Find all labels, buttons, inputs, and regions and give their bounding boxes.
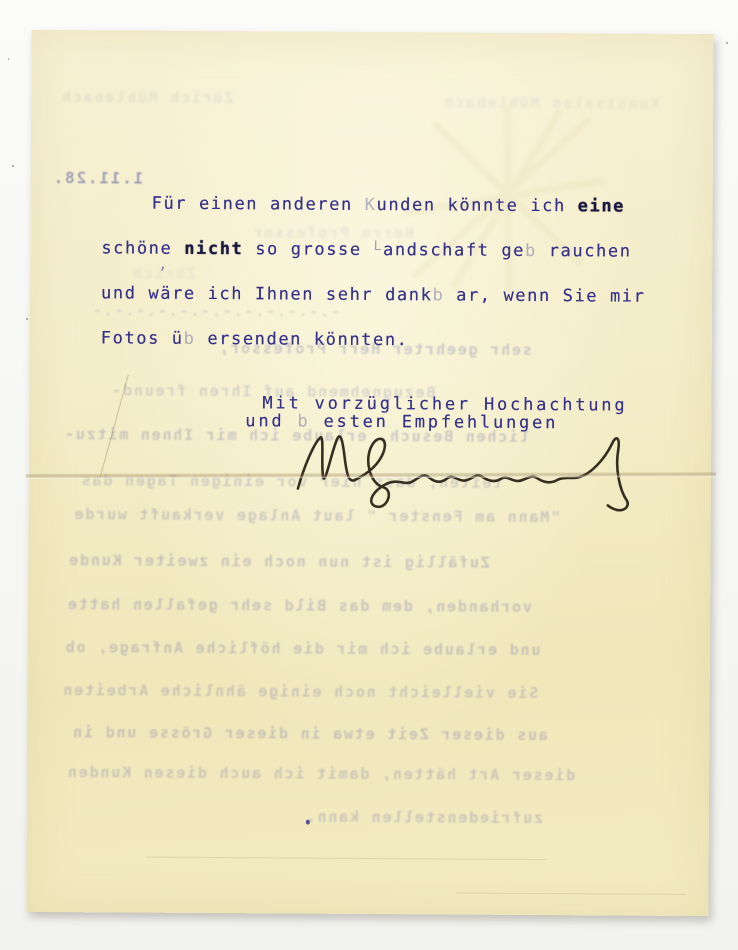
typed-line: Fotos üb ersenden könnten. <box>101 328 409 350</box>
letter-paper: Zürich MühlebachKunstsalon Mühlebach1.11… <box>26 30 713 916</box>
typed-text-segment: so grosse <box>243 239 373 260</box>
typed-text-segment: b <box>184 329 196 349</box>
typed-text-segment: Für einen anderen <box>152 194 365 215</box>
typed-text-segment: ar, wenn Sie mir <box>444 285 645 306</box>
bleed-through-line: 1.11.28. <box>52 168 144 188</box>
typed-text-segment: b <box>432 285 444 305</box>
stray-mark: , <box>158 255 167 273</box>
bleed-through-line: und erlaube ich mir die höfliche Anfrage… <box>64 638 541 659</box>
bleed-through-line: vorhanden, dem das Bild sehr gefallen ha… <box>66 595 532 616</box>
bleed-through-line: dieser Art hätten, damit ich auch diesen… <box>66 763 575 784</box>
typed-text-segment: unden könnte ich <box>376 195 577 216</box>
bleed-through-line: Zufällig ist nun noch ein zweiter Kunde <box>67 551 490 572</box>
typed-text-segment: und wäre ich Ihnen sehr dank <box>101 283 433 305</box>
typed-line: und wäre ich Ihnen sehr dankb ar, wenn S… <box>101 283 646 306</box>
bleed-through-layer: Zürich MühlebachKunstsalon Mühlebach1.11… <box>32 30 714 34</box>
typed-text-segment: Fotos ü <box>101 328 184 349</box>
typed-text-segment: schöne <box>101 238 184 259</box>
typed-text-segment: K <box>365 195 377 215</box>
photo-background: Zürich MühlebachKunstsalon Mühlebach1.11… <box>0 0 738 950</box>
typed-text-segment: nicht <box>184 239 243 259</box>
dust-speck <box>12 165 14 167</box>
typed-text-layer: Für einen anderen Kunden könnte ich eine… <box>32 30 714 34</box>
typed-text-segment: ersenden könnten. <box>195 329 408 350</box>
dust-speck <box>26 318 28 320</box>
paper-fiber-line <box>456 893 686 895</box>
paper-fiber-line <box>147 857 547 860</box>
bleed-through-line: aus dieser Zeit etwa in dieser Grösse un… <box>71 723 548 744</box>
typed-text-segment: b <box>525 241 537 261</box>
typed-text-segment: L <box>374 239 384 254</box>
typed-line: Für einen anderen Kunden könnte ich eine <box>152 194 626 217</box>
typed-line: schöne nicht so grosse Landschaft geb ra… <box>101 238 631 261</box>
ink-dot <box>306 820 310 825</box>
bleed-through-line: Kunstsalon Mühlebach <box>442 93 659 112</box>
dust-speck <box>726 42 728 44</box>
typed-text-segment: eine <box>578 196 625 216</box>
bleed-through-line: zufriedenstellen kann. <box>305 808 543 827</box>
typed-text-segment: rauchen <box>537 241 632 262</box>
dust-speck <box>8 58 9 60</box>
bleed-through-line: Zürich Mühlebach <box>60 88 233 107</box>
bleed-through-line: Sie vielleicht noch einige ähnliche Arbe… <box>62 681 539 702</box>
typed-text-segment: andschaft ge <box>383 240 525 261</box>
